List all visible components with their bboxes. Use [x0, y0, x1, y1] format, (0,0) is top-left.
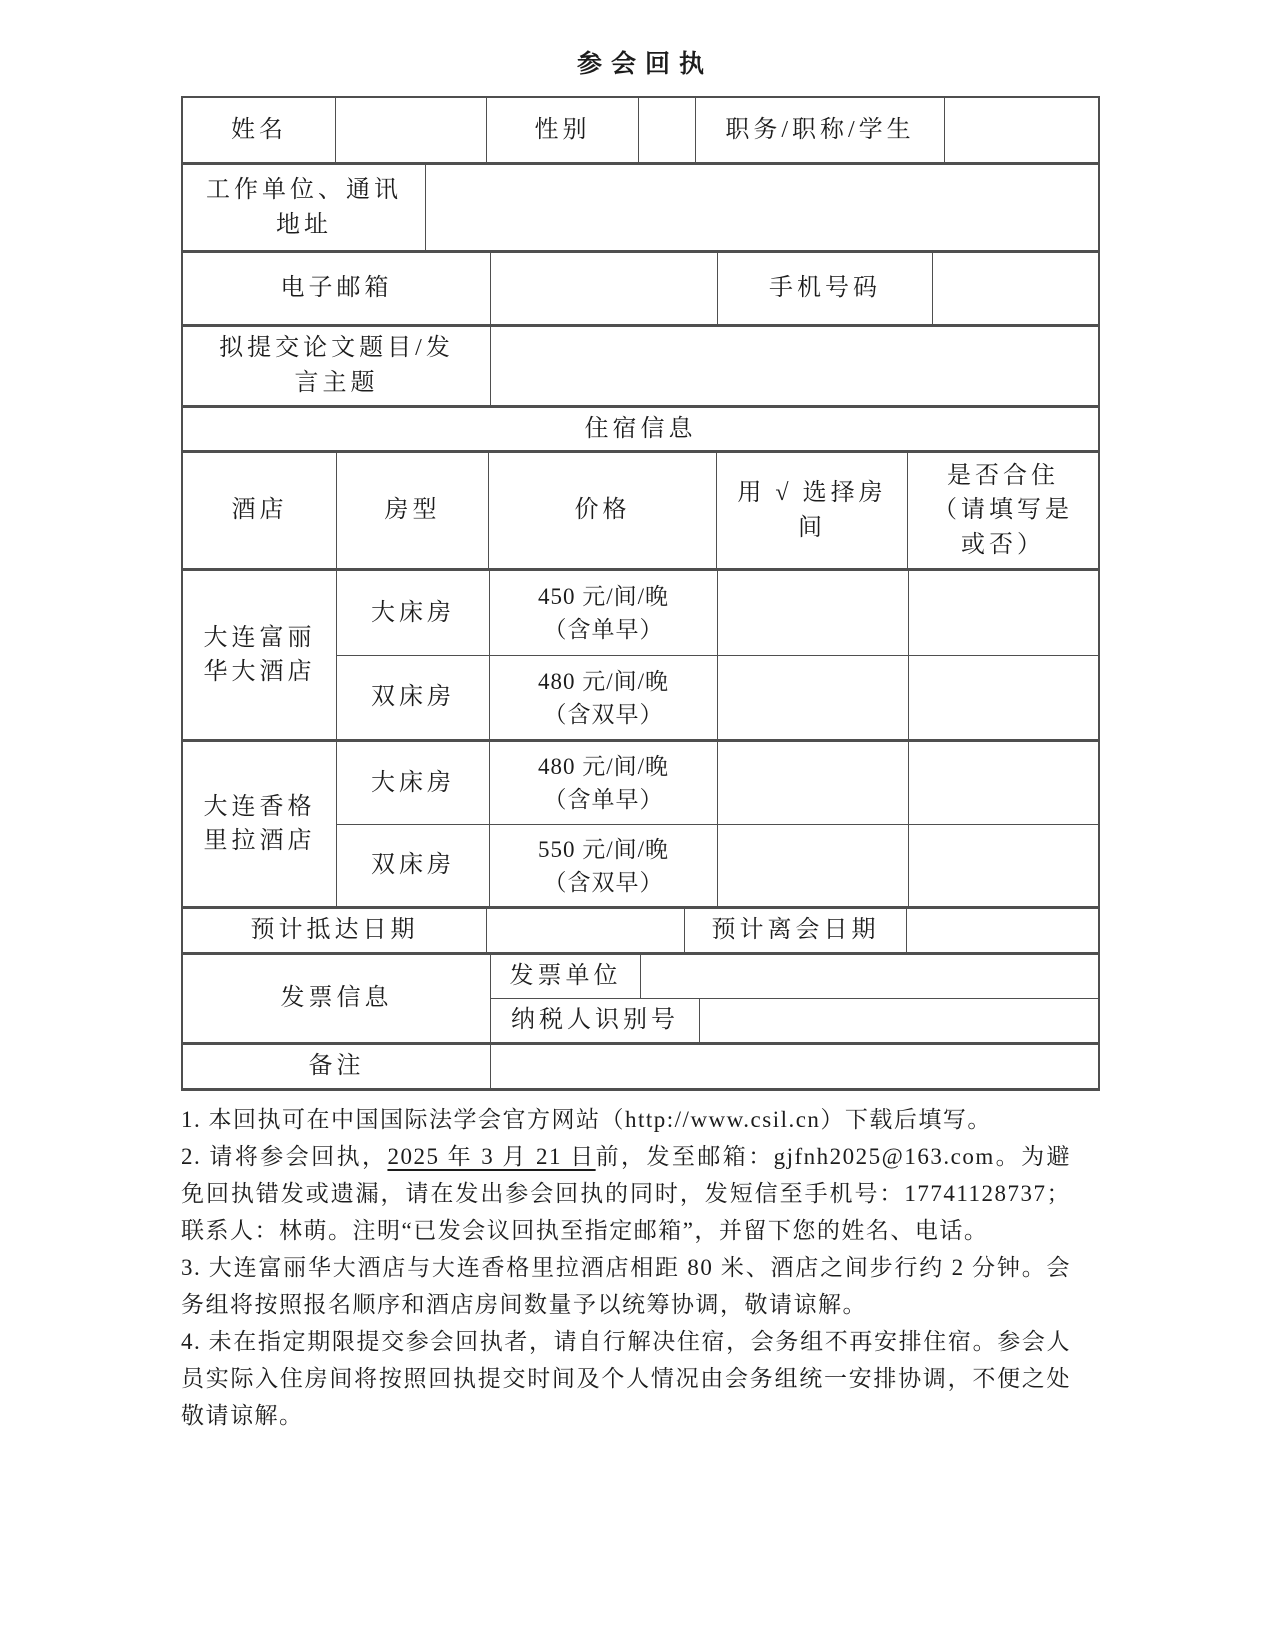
select-column-header: 用 √ 选择房 间: [716, 453, 907, 568]
room-row: 双床房 480 元/间/晚 （含双早）: [337, 655, 1098, 739]
tax-id-row: 纳税人识别号: [491, 998, 1098, 1042]
work-unit-value-cell[interactable]: [425, 165, 1098, 250]
room-share-cell[interactable]: [908, 571, 1098, 655]
room-type: 大床房: [337, 742, 489, 824]
note-2-pre: 2. 请将参会回执，: [181, 1144, 387, 1169]
page-title: 参会回执: [181, 0, 1100, 80]
accommodation-section-label: 住宿信息: [183, 408, 1098, 451]
work-unit-label: 工作单位、通讯 地址: [183, 165, 425, 250]
tax-id-value-cell[interactable]: [699, 999, 1098, 1042]
room-share-cell[interactable]: [908, 656, 1098, 739]
room-select-cell[interactable]: [717, 571, 908, 655]
note-3: 3. 大连富丽华大酒店与大连香格里拉酒店相距 80 米、酒店之间步行约 2 分钟…: [181, 1249, 1071, 1323]
room-row: 大床房 450 元/间/晚 （含单早）: [337, 571, 1098, 655]
name-label: 姓名: [183, 98, 335, 162]
note-4: 4. 未在指定期限提交参会回执者，请自行解决住宿，会务组不再安排住宿。参会人员实…: [181, 1323, 1071, 1434]
email-value-cell[interactable]: [490, 253, 717, 324]
remarks-value-cell[interactable]: [490, 1045, 1098, 1088]
table-row: 工作单位、通讯 地址: [183, 162, 1098, 250]
table-row: 姓名 性别 职务/职称/学生: [183, 98, 1098, 162]
paper-topic-label: 拟提交论文题目/发 言主题: [183, 327, 490, 405]
invoice-unit-label: 发票单位: [491, 955, 640, 998]
room-price: 480 元/间/晚 （含单早）: [489, 742, 717, 824]
hotel-block-furama: 大连富丽 华大酒店 大床房 450 元/间/晚 （含单早） 双床房 480 元/…: [183, 568, 1098, 739]
room-price: 450 元/间/晚 （含单早）: [489, 571, 717, 655]
invoice-unit-value-cell[interactable]: [640, 955, 1098, 998]
invoice-info-label: 发票信息: [183, 955, 490, 1042]
departure-date-value-cell[interactable]: [906, 909, 1098, 952]
table-row: 电子邮箱 手机号码: [183, 250, 1098, 324]
gender-label: 性别: [486, 98, 638, 162]
document-page: 参会回执 姓名 性别 职务/职称/学生 工作单位、通讯 地址 电子邮箱 手机号码: [0, 0, 1280, 1647]
name-value-cell[interactable]: [335, 98, 486, 162]
room-share-cell[interactable]: [908, 825, 1098, 906]
room-price: 480 元/间/晚 （含双早）: [489, 656, 717, 739]
room-select-cell[interactable]: [717, 656, 908, 739]
reply-form-document: 参会回执 姓名 性别 职务/职称/学生 工作单位、通讯 地址 电子邮箱 手机号码: [181, 0, 1100, 1434]
mobile-value-cell[interactable]: [932, 253, 1098, 324]
email-label: 电子邮箱: [183, 253, 490, 324]
position-label: 职务/职称/学生: [695, 98, 944, 162]
note-2-deadline: 2025 年 3 月 21 日: [387, 1144, 595, 1169]
room-select-cell[interactable]: [717, 742, 908, 824]
table-row: 住宿信息: [183, 405, 1098, 451]
invoice-unit-row: 发票单位: [491, 955, 1098, 998]
hotel-column-header: 酒店: [183, 453, 336, 568]
room-type-column-header: 房型: [336, 453, 488, 568]
arrival-date-value-cell[interactable]: [486, 909, 684, 952]
room-row: 双床房 550 元/间/晚 （含双早）: [337, 824, 1098, 906]
departure-date-label: 预计离会日期: [684, 909, 906, 952]
gender-value-cell[interactable]: [638, 98, 695, 162]
hotel-name: 大连富丽 华大酒店: [183, 571, 336, 739]
room-price: 550 元/间/晚 （含双早）: [489, 825, 717, 906]
room-select-cell[interactable]: [717, 825, 908, 906]
mobile-label: 手机号码: [717, 253, 932, 324]
share-column-header: 是否合住 （请填写是 或否）: [907, 453, 1098, 568]
notes-section: 1. 本回执可在中国国际法学会官方网站（http://www.csil.cn）下…: [181, 1101, 1071, 1434]
hotel-block-shangrila: 大连香格 里拉酒店 大床房 480 元/间/晚 （含单早） 双床房 550 元/…: [183, 739, 1098, 906]
hotel-header-row: 酒店 房型 价格 用 √ 选择房 间 是否合住 （请填写是 或否）: [183, 450, 1098, 568]
hotel-name: 大连香格 里拉酒店: [183, 742, 336, 906]
room-row: 大床房 480 元/间/晚 （含单早）: [337, 742, 1098, 824]
arrival-date-label: 预计抵达日期: [183, 909, 486, 952]
registration-table: 姓名 性别 职务/职称/学生 工作单位、通讯 地址 电子邮箱 手机号码: [181, 96, 1100, 1091]
room-share-cell[interactable]: [908, 742, 1098, 824]
price-column-header: 价格: [488, 453, 716, 568]
room-type: 双床房: [337, 825, 489, 906]
remarks-label: 备注: [183, 1045, 490, 1088]
table-row: 备注: [183, 1042, 1098, 1088]
invoice-block: 发票信息 发票单位 纳税人识别号: [183, 952, 1098, 1042]
room-type: 大床房: [337, 571, 489, 655]
paper-topic-value-cell[interactable]: [490, 327, 1098, 405]
tax-id-label: 纳税人识别号: [491, 999, 699, 1042]
room-type: 双床房: [337, 656, 489, 739]
table-row: 拟提交论文题目/发 言主题: [183, 324, 1098, 405]
table-row: 预计抵达日期 预计离会日期: [183, 906, 1098, 952]
position-value-cell[interactable]: [944, 98, 1098, 162]
note-1: 1. 本回执可在中国国际法学会官方网站（http://www.csil.cn）下…: [181, 1101, 1071, 1138]
note-2: 2. 请将参会回执，2025 年 3 月 21 日前，发至邮箱：gjfnh202…: [181, 1138, 1071, 1249]
